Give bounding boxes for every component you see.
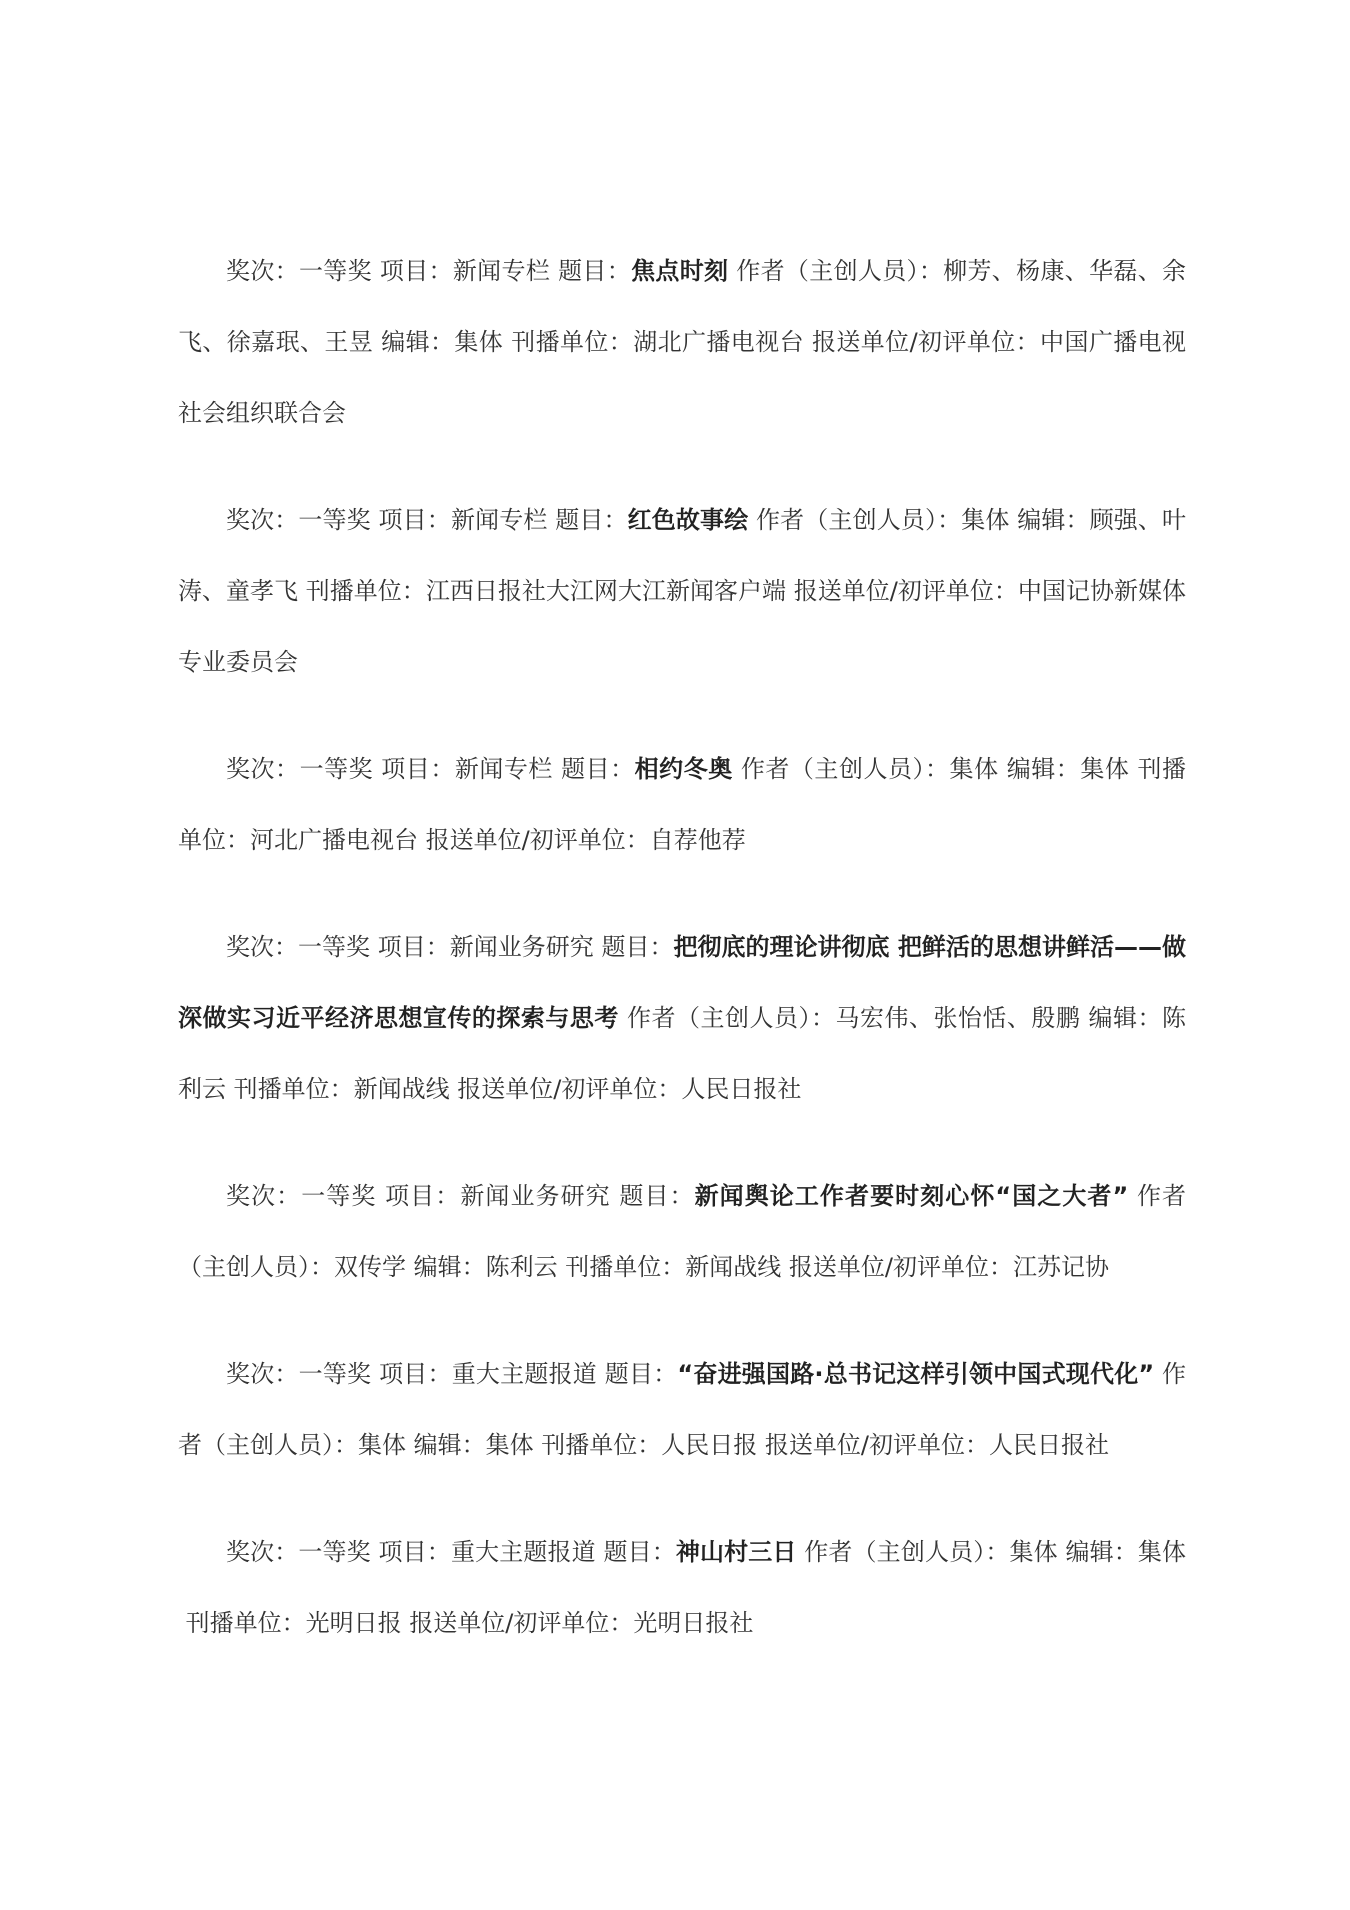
editors-label: 编辑： xyxy=(414,1253,486,1281)
category-label: 项目： xyxy=(379,1538,451,1566)
publisher-value: 新闻战线 xyxy=(685,1253,781,1281)
award-entry: 奖次：一等奖 项目：新闻专栏 题目：相约冬奥 作者（主创人员）：集体 编辑：集体… xyxy=(178,734,1186,876)
submitter-label: 报送单位/初评单位： xyxy=(765,1431,989,1459)
editors-value: 集体 xyxy=(454,328,503,356)
authors-label: 作者（主创人员）： xyxy=(756,506,961,534)
authors-value: 集体 xyxy=(1009,1538,1057,1566)
submitter-value: 自荐他荐 xyxy=(650,826,746,854)
category-value: 重大主题报道 xyxy=(452,1360,597,1388)
publisher-label: 刊播单位： xyxy=(234,1075,354,1103)
category-value: 新闻业务研究 xyxy=(460,1182,610,1210)
submitter-value: 人民日报社 xyxy=(989,1431,1109,1459)
award-value: 一等奖 xyxy=(301,1182,376,1210)
category-value: 新闻业务研究 xyxy=(450,933,594,961)
entry-title: 焦点时刻 xyxy=(631,257,728,285)
category-label: 项目： xyxy=(379,506,451,534)
entry-title: “奋进强国路·总书记这样引领中国式现代化” xyxy=(677,1360,1154,1388)
submitter-label: 报送单位/初评单位： xyxy=(812,328,1040,356)
title-label: 题目： xyxy=(555,506,627,534)
authors-label: 作者（主创人员）： xyxy=(741,755,950,783)
editors-value: 集体 xyxy=(1080,755,1129,783)
award-value: 一等奖 xyxy=(298,933,370,961)
submitter-label: 报送单位/初评单位： xyxy=(457,1075,681,1103)
publisher-label: 刊播单位： xyxy=(541,1431,661,1459)
category-label: 项目： xyxy=(379,1360,452,1388)
award-entry: 奖次：一等奖 项目：新闻专栏 题目：红色故事绘 作者（主创人员）：集体 编辑：顾… xyxy=(178,485,1186,698)
publisher-label: 刊播单位： xyxy=(565,1253,685,1281)
entry-title: 红色故事绘 xyxy=(628,506,749,534)
award-entry: 奖次：一等奖 项目：新闻业务研究 题目：新闻舆论工作者要时刻心怀“国之大者” 作… xyxy=(178,1161,1186,1303)
authors-value: 双传学 xyxy=(334,1253,406,1281)
publisher-label: 刊播单位： xyxy=(511,328,633,356)
title-label: 题目： xyxy=(561,755,635,783)
editors-value: 集体 xyxy=(486,1431,534,1459)
editors-label: 编辑： xyxy=(1017,506,1089,534)
editors-label: 编辑： xyxy=(414,1431,486,1459)
award-value: 一等奖 xyxy=(298,506,370,534)
award-label: 奖次： xyxy=(226,506,298,534)
submitter-value: 光明日报社 xyxy=(633,1609,753,1637)
publisher-label: 刊播单位： xyxy=(186,1609,306,1637)
award-entry: 奖次：一等奖 项目：重大主题报道 题目：“奋进强国路·总书记这样引领中国式现代化… xyxy=(178,1339,1186,1481)
authors-label: 作者（主创人员）： xyxy=(627,1004,835,1032)
editors-value: 集体 xyxy=(1138,1538,1186,1566)
category-value: 新闻专栏 xyxy=(453,257,550,285)
category-label: 项目： xyxy=(378,933,450,961)
entry-title: 相约冬奥 xyxy=(635,755,733,783)
category-value: 新闻专栏 xyxy=(455,755,553,783)
authors-label: 作者（主创人员）： xyxy=(804,1538,1009,1566)
category-label: 项目： xyxy=(385,1182,460,1210)
entry-title: 新闻舆论工作者要时刻心怀“国之大者” xyxy=(695,1182,1129,1210)
editors-label: 编辑： xyxy=(1066,1538,1138,1566)
award-label: 奖次： xyxy=(226,933,298,961)
title-label: 题目： xyxy=(558,257,631,285)
award-entry: 奖次：一等奖 项目：重大主题报道 题目：神山村三日 作者（主创人员）：集体 编辑… xyxy=(178,1517,1186,1659)
category-label: 项目： xyxy=(380,257,453,285)
award-label: 奖次： xyxy=(226,1360,299,1388)
authors-value: 集体 xyxy=(961,506,1009,534)
submitter-value: 江苏记协 xyxy=(1013,1253,1109,1281)
editors-label: 编辑： xyxy=(1089,1004,1162,1032)
title-label: 题目： xyxy=(603,1538,675,1566)
award-label: 奖次： xyxy=(226,755,300,783)
award-entry: 奖次：一等奖 项目：新闻业务研究 题目：把彻底的理论讲彻底 把鲜活的思想讲鲜活—… xyxy=(178,912,1186,1125)
publisher-label: 刊播单位： xyxy=(306,577,426,605)
title-label: 题目： xyxy=(605,1360,678,1388)
publisher-value: 河北广播电视台 xyxy=(250,826,418,854)
award-value: 一等奖 xyxy=(298,1538,370,1566)
document-page: 奖次：一等奖 项目：新闻专栏 题目：焦点时刻 作者（主创人员）：柳芳、杨康、华磊… xyxy=(178,236,1186,1695)
category-label: 项目： xyxy=(381,755,455,783)
award-value: 一等奖 xyxy=(299,1360,372,1388)
award-label: 奖次： xyxy=(226,1538,298,1566)
submitter-label: 报送单位/初评单位： xyxy=(426,826,650,854)
publisher-value: 新闻战线 xyxy=(354,1075,450,1103)
publisher-value: 人民日报 xyxy=(661,1431,757,1459)
award-value: 一等奖 xyxy=(299,257,372,285)
award-entry: 奖次：一等奖 项目：新闻专栏 题目：焦点时刻 作者（主创人员）：柳芳、杨康、华磊… xyxy=(178,236,1186,449)
title-label: 题目： xyxy=(601,933,673,961)
submitter-label: 报送单位/初评单位： xyxy=(789,1253,1013,1281)
editors-value: 陈利云 xyxy=(486,1253,558,1281)
publisher-value: 光明日报 xyxy=(306,1609,402,1637)
publisher-value: 江西日报社大江网大江新闻客户端 xyxy=(426,577,786,605)
category-value: 重大主题报道 xyxy=(451,1538,596,1566)
title-label: 题目： xyxy=(619,1182,694,1210)
category-value: 新闻专栏 xyxy=(451,506,548,534)
authors-label: 作者（主创人员）： xyxy=(736,257,943,285)
award-label: 奖次： xyxy=(226,1182,301,1210)
editors-label: 编辑： xyxy=(1007,755,1081,783)
publisher-value: 湖北广播电视台 xyxy=(633,328,804,356)
authors-value: 集体 xyxy=(950,755,999,783)
submitter-label: 报送单位/初评单位： xyxy=(409,1609,633,1637)
submitter-value: 人民日报社 xyxy=(681,1075,801,1103)
entry-title: 神山村三日 xyxy=(676,1538,797,1566)
award-label: 奖次： xyxy=(226,257,299,285)
authors-value: 集体 xyxy=(358,1431,406,1459)
submitter-label: 报送单位/初评单位： xyxy=(794,577,1018,605)
editors-label: 编辑： xyxy=(381,328,454,356)
award-value: 一等奖 xyxy=(300,755,374,783)
authors-value: 马宏伟、张怡恬、殷鹏 xyxy=(835,1004,1080,1032)
